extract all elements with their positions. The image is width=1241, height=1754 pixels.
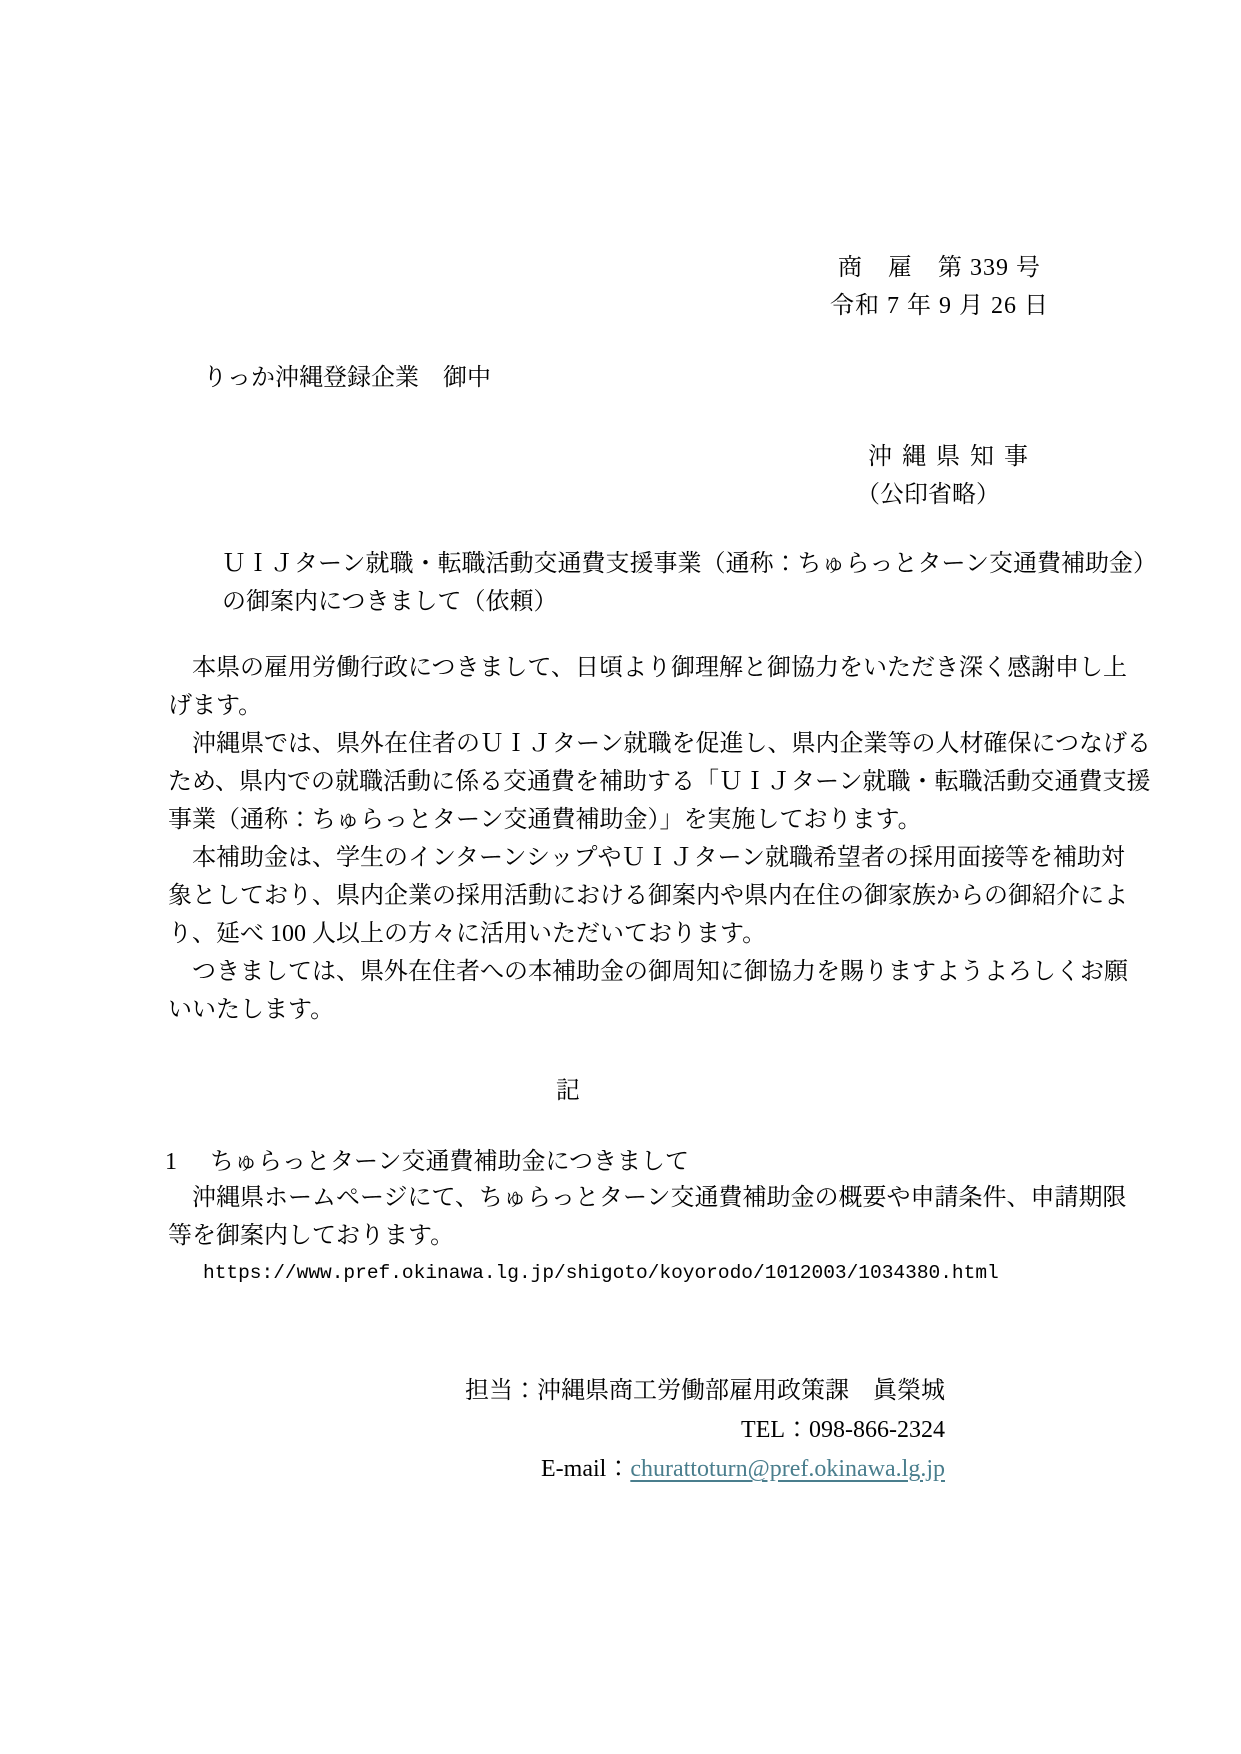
- section-heading: 1ちゅらっとターン交通費補助金につきまして: [165, 1141, 689, 1176]
- addressee: りっか沖縄登録企業 御中: [203, 357, 491, 392]
- contact-email-line: E-mail：churattoturn@pref.okinawa.lg.jp: [465, 1450, 945, 1489]
- body-line: つきましては、県外在住者への本補助金の御周知に御協力を賜りますようよろしくお願: [168, 953, 1108, 991]
- letter-page: 商 雇 第 339 号 令和 7 年 9 月 26 日 りっか沖縄登録企業 御中…: [0, 0, 1241, 1754]
- sender-name: 沖 縄 県 知 事: [868, 436, 1030, 471]
- subject-block: ＵＩＪターン就職・転職活動交通費支援事業（通称：ちゅらっとターン交通費補助金） …: [222, 545, 1157, 621]
- section-desc-line: 等を御案内しております。: [168, 1217, 1127, 1255]
- section-number: 1: [165, 1149, 210, 1176]
- contact-footer: 担当：沖縄県商工労働部雇用政策課 眞榮城 TEL：098-866-2324 E-…: [465, 1372, 945, 1489]
- body-line: 象としており、県内企業の採用活動における御案内や県内在住の御家族からの御紹介によ: [168, 877, 1108, 915]
- body-line: ため、県内での就職活動に係る交通費を補助する「ＵＩＪターン就職・転職活動交通費支…: [168, 763, 1108, 801]
- section-description: 沖縄県ホームページにて、ちゅらっとターン交通費補助金の概要や申請条件、申請期限 …: [168, 1179, 1127, 1255]
- body-line: 本県の雇用労働行政につきまして、日頃より御理解と御協力をいただき深く感謝申し上: [168, 649, 1108, 687]
- body-line: 本補助金は、学生のインターンシップやＵＩＪターン就職希望者の採用面接等を補助対: [168, 839, 1108, 877]
- subject-line: の御案内につきまして（依頼）: [222, 583, 1157, 621]
- body-line: げます。: [168, 687, 1108, 725]
- section-title: ちゅらっとターン交通費補助金につきまして: [210, 1149, 689, 1175]
- body-paragraphs: 本県の雇用労働行政につきまして、日頃より御理解と御協力をいただき深く感謝申し上 …: [168, 649, 1108, 1029]
- body-line: いいたします。: [168, 991, 1108, 1029]
- email-label: E-mail：: [541, 1456, 630, 1482]
- document-number: 商 雇 第 339 号: [838, 247, 1041, 282]
- section-desc-line: 沖縄県ホームページにて、ちゅらっとターン交通費補助金の概要や申請条件、申請期限: [168, 1179, 1127, 1217]
- email-link[interactable]: churattoturn@pref.okinawa.lg.jp: [630, 1456, 945, 1482]
- record-marker: 記: [0, 1070, 1136, 1105]
- contact-person: 担当：沖縄県商工労働部雇用政策課 眞榮城: [465, 1372, 945, 1411]
- sender-seal-note: （公印省略）: [856, 474, 1000, 509]
- contact-tel: TEL：098-866-2324: [465, 1411, 945, 1450]
- body-line: り、延べ 100 人以上の方々に活用いただいております。: [168, 915, 1108, 953]
- body-line: 沖縄県では、県外在住者のＵＩＪターン就職を促進し、県内企業等の人材確保につなげる: [168, 725, 1108, 763]
- info-url: https://www.pref.okinawa.lg.jp/shigoto/k…: [203, 1262, 999, 1284]
- body-line: 事業（通称：ちゅらっとターン交通費補助金）」を実施しております。: [168, 801, 1108, 839]
- subject-line: ＵＩＪターン就職・転職活動交通費支援事業（通称：ちゅらっとターン交通費補助金）: [222, 545, 1157, 583]
- document-date: 令和 7 年 9 月 26 日: [830, 285, 1049, 320]
